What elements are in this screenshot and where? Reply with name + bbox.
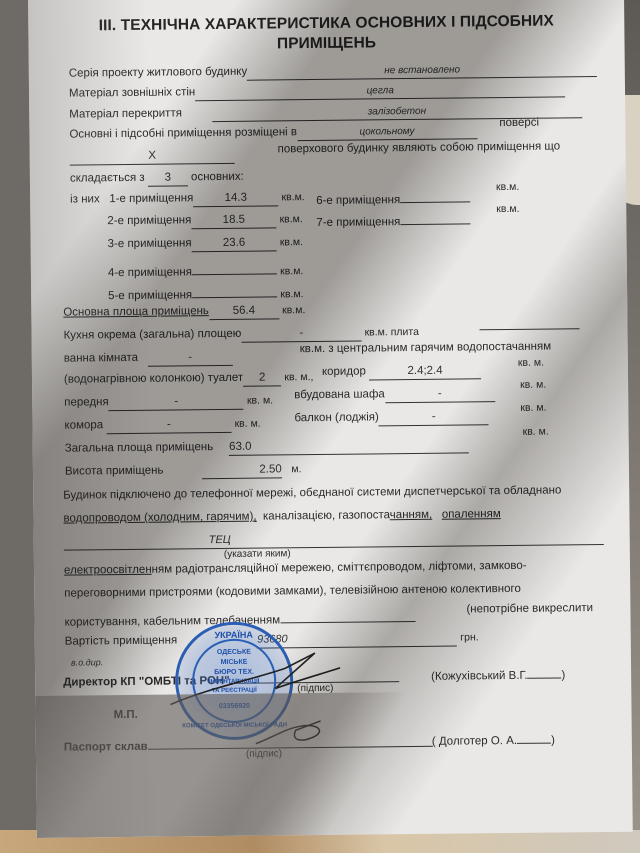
floor-word: поверсі <box>499 117 539 129</box>
official-stamp: УКРАЇНА ОДЕСЬКЕ МІСЬКЕ БЮРО ТЕХ. ІНВЕНТА… <box>175 621 294 740</box>
label: Паспорт склав <box>64 741 148 754</box>
field-main-area: Основна площа приміщень56.4 кв.м. <box>63 304 305 322</box>
field-consists: складається з 3 основних: <box>70 171 244 188</box>
field-total-area: Загальна площа приміщень 63.0 <box>65 438 470 457</box>
label: Серія проекту житлового будинку <box>69 66 247 80</box>
field-room-3: 3-е приміщення23.6 кв.м. <box>108 236 304 253</box>
unit: грн. <box>460 631 479 643</box>
field-storage: комора - кв. м. <box>64 418 260 435</box>
value-floor-material: залізобетон <box>368 106 426 118</box>
value-hallway: - <box>174 395 178 407</box>
label: Основна площа приміщень <box>63 305 209 319</box>
field-project-series: Серія проекту житлового будинкуне встано… <box>69 62 598 83</box>
label: 7-е приміщення <box>316 216 400 229</box>
unit: кв. м. <box>247 394 273 406</box>
field-wardrobe: вбудована шафа- <box>294 387 495 404</box>
field-storeys: Х <box>70 149 235 166</box>
label: Вартість приміщення <box>65 634 178 647</box>
label: складається з <box>70 172 145 185</box>
unit-wardrobe: кв. м. <box>520 379 546 391</box>
value-room-2: 18.5 <box>223 214 246 226</box>
label-suffix: основних: <box>191 171 244 184</box>
director-name: (Кожухівський В.Г.) <box>431 663 565 682</box>
label-stove: кв.м. плита <box>364 326 418 339</box>
unit-room-6: кв.м. <box>496 181 519 193</box>
stamp-line: БЮРО ТЕХ. <box>178 668 290 676</box>
value-storeys: Х <box>148 150 156 162</box>
label: 3-е приміщення <box>108 237 192 250</box>
value-project-series: не встановлено <box>384 64 460 76</box>
label: Висота приміщень <box>65 465 164 478</box>
value-compiler-name: ( Долготер О. А. <box>432 735 517 748</box>
value-director-name: (Кожухівський В.Г. <box>431 670 527 683</box>
value-bathroom: - <box>188 351 192 363</box>
field-room-5: 5-е приміщення кв.м. <box>108 282 304 302</box>
director-sign-hint: (підпис) <box>297 683 333 694</box>
utility-gas-suffix: чанням, <box>390 509 433 521</box>
field-bathroom: ванна кімната - <box>64 351 233 368</box>
field-hallway: передня- кв. м. <box>64 394 273 411</box>
label: 2-е приміщення <box>107 214 191 227</box>
value-wall-material: цегла <box>367 85 394 96</box>
field-balcony: балкон (лоджія)- <box>294 410 489 427</box>
value-total-area: 63.0 <box>229 441 252 453</box>
director-annotation: в.о.дир. <box>71 657 103 667</box>
value-room-1: 14.3 <box>225 192 248 204</box>
unit: м. <box>291 463 301 475</box>
strike-note: (непотрібне викреслити <box>466 602 593 615</box>
value-toilet: 2 <box>259 372 266 384</box>
value-main-area: 56.4 <box>233 305 256 317</box>
stamp-code: 03356920 <box>178 702 290 710</box>
utilities-line-3: електроосвітленням радіотрансляційної ме… <box>64 560 527 577</box>
label: коридор <box>322 365 366 377</box>
utilities-line-4: переговорними пристроями (кодовими замка… <box>64 583 521 600</box>
field-height: Висота приміщень 2.50 м. <box>65 463 302 480</box>
unit-room-7: кв.м. <box>496 203 519 215</box>
field-heating: ТЕЦ <box>64 530 604 551</box>
field-room-6: 6-е приміщення <box>316 187 470 207</box>
utilities-line-2: водопроводом (холодним, гарячим), каналі… <box>63 508 500 525</box>
compiler-name: ( Долготер О. А.) <box>432 729 555 748</box>
field-stove <box>479 314 579 333</box>
field-room-2: 2-е приміщення18.5 кв.м. <box>107 213 303 230</box>
value-kitchen: - <box>299 327 303 339</box>
stamp-bottom-text: КОМІТЕТ ОДЕСЬКОЇ МІСЬКОЇ РАДИ <box>179 722 291 729</box>
stamp-line: ТА РЕЄСТРАЦІЇ <box>178 687 290 694</box>
utility-sewage-gas: каналізацією, газопоста <box>263 509 390 522</box>
label: Матеріал перекриття <box>69 107 182 120</box>
unit: кв.м. <box>280 288 303 300</box>
heating-hint: (указати яким) <box>224 548 291 560</box>
field-room-4: 4-е приміщення кв.м. <box>108 259 304 279</box>
label: Матеріал зовнішніх стін <box>69 86 195 99</box>
label: Основні і підсобні приміщення розміщені … <box>69 126 297 140</box>
paren: ) <box>561 669 565 681</box>
stamp-line: ОДЕСЬКЕ <box>178 648 290 656</box>
stamp-line: МІСЬКЕ <box>178 658 290 666</box>
label: (водонагрівною колонкою) туалет <box>64 372 243 386</box>
stamp-line: ІНВЕНТАРИЗАЦІЇ <box>178 678 290 685</box>
value-heating: ТЕЦ <box>209 534 231 546</box>
value-main-rooms-count: 3 <box>165 172 172 184</box>
unit: кв. м., <box>284 371 313 383</box>
stamp-top-text: УКРАЇНА <box>178 629 290 640</box>
field-location: Основні і підсобні приміщення розміщені … <box>69 124 477 143</box>
paren: ) <box>551 735 555 747</box>
unit: кв.м. <box>280 265 303 277</box>
value-corridor: 2.4;2.4 <box>407 365 442 377</box>
label: Загальна площа приміщень <box>65 441 214 455</box>
label: 4-е приміщення <box>108 266 192 279</box>
value-room-3: 23.6 <box>223 237 246 249</box>
unit-balcony: кв. м. <box>520 402 546 414</box>
utilities-line-1: Будинок підключено до телефонної мережі,… <box>63 484 561 501</box>
value-location: цокольному <box>359 126 414 138</box>
compiler-sign-hint: (підпис) <box>246 748 282 759</box>
field-room-1: із них 1-е приміщення14.3 кв.м. <box>70 191 305 208</box>
field-room-7: 7-е приміщення <box>316 209 470 229</box>
unit: кв.м. <box>281 191 304 203</box>
label-of-them: із них <box>70 193 100 205</box>
field-toilet: (водонагрівною колонкою) туалет2 кв. м., <box>64 371 314 389</box>
document-title-line2: ПРИМІЩЕНЬ <box>28 32 624 56</box>
field-wall-material: Матеріал зовнішніх стінцегла <box>69 82 565 102</box>
label: передня <box>64 396 109 408</box>
utility-heating: опаленням <box>442 508 501 521</box>
unit-total-area: кв. м. <box>523 426 549 438</box>
label: вбудована шафа <box>294 388 385 401</box>
value-balcony: - <box>432 411 436 423</box>
utility-other: ням радіотрансляційної мережею, сміттєпр… <box>152 560 527 576</box>
utility-electricity: електроосвітлен <box>64 564 152 577</box>
unit: кв. м. <box>234 418 260 430</box>
value-height: 2.50 <box>259 463 282 475</box>
label: комора <box>64 419 103 431</box>
unit: кв.м. <box>279 213 302 225</box>
unit-corridor: кв. м. <box>518 357 544 369</box>
value-wardrobe: - <box>438 388 442 400</box>
label: 1-е приміщення <box>109 192 193 205</box>
label: ванна кімната <box>64 352 138 365</box>
field-corridor: коридор 2.4;2.4 <box>322 364 481 381</box>
unit: кв.м. <box>282 304 305 316</box>
bathroom-suffix: кв.м. з центральним гарячим водопостачан… <box>300 341 552 356</box>
document-page: III. ТЕХНІЧНА ХАРАКТЕРИСТИКА ОСНОВНИХ І … <box>28 0 633 838</box>
label: Кухня окрема (загальна) площею <box>63 328 241 342</box>
utility-water: водопроводом (холодним, гарячим), <box>63 511 256 525</box>
label: балкон (лоджія) <box>294 411 378 424</box>
label: 6-е приміщення <box>316 194 400 207</box>
value-storage: - <box>167 419 171 431</box>
unit: кв.м. <box>280 236 303 248</box>
storeys-text: поверхового будинку являють собою приміщ… <box>278 140 561 155</box>
seal-label: М.П. <box>113 709 137 721</box>
label: 5-е приміщення <box>108 289 192 302</box>
